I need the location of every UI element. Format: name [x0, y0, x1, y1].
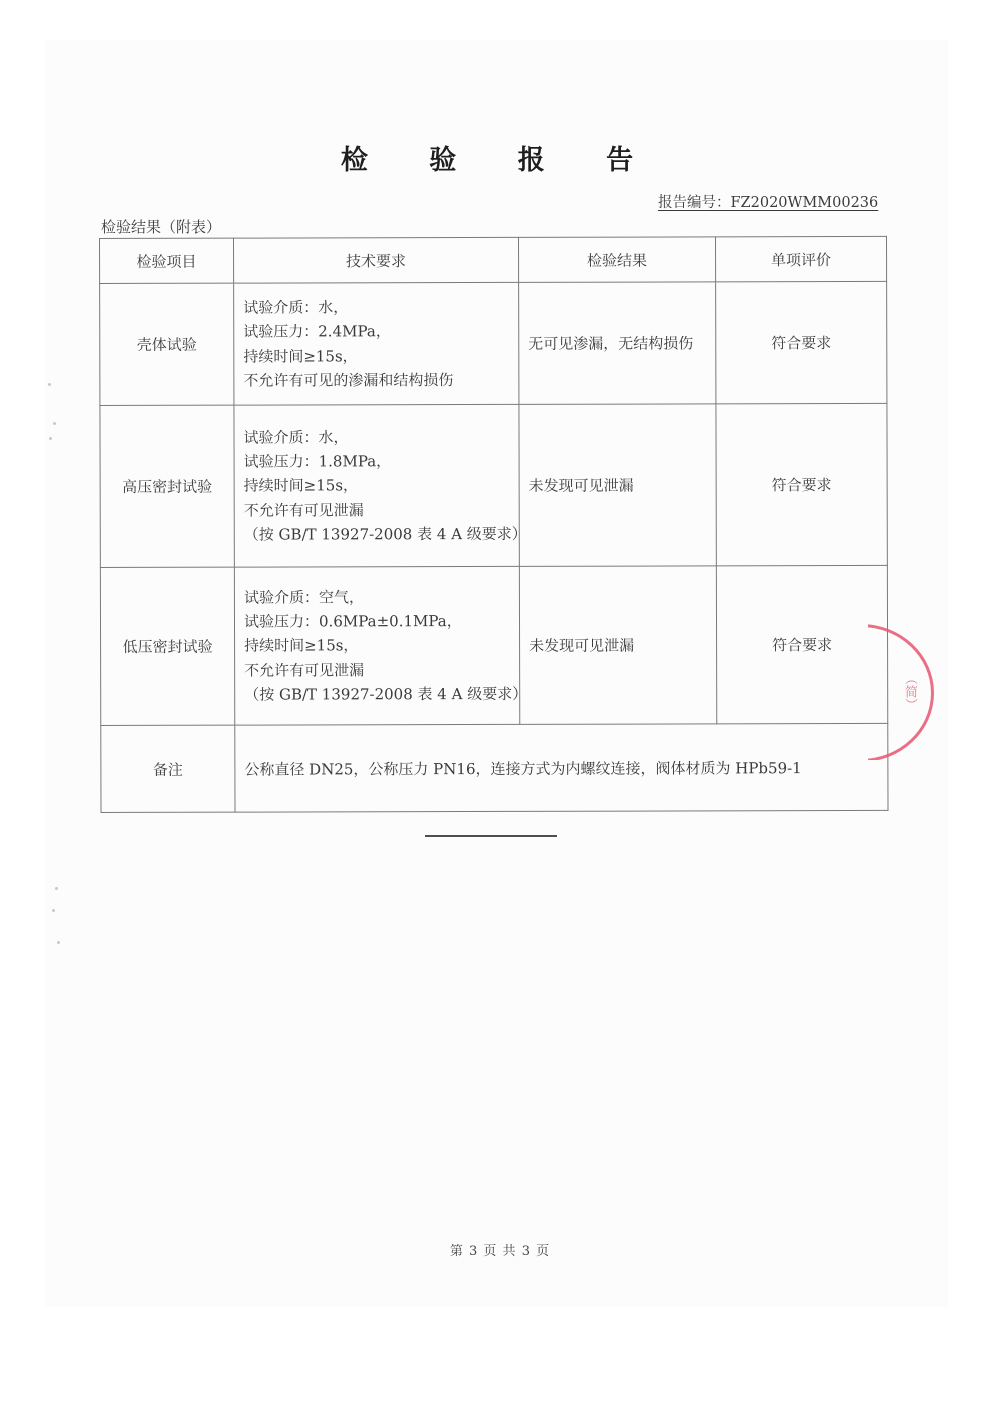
- header-item: 检验项目: [100, 238, 234, 283]
- header-evaluation: 单项评价: [715, 236, 886, 281]
- requirement-line: 试验介质：水，: [243, 425, 518, 450]
- remarks-text: 公称直径 DN25，公称压力 PN16，连接方式为内螺纹连接，阀体材质为 HPb…: [235, 723, 888, 812]
- scan-speck: [55, 887, 58, 890]
- requirement-line: 不允许有可见的渗漏和结构损伤: [243, 368, 518, 393]
- row-evaluation: 符合要求: [716, 403, 887, 565]
- section-label: 检验结果（附表）: [101, 216, 221, 237]
- requirement-line: （按 GB/T 13927-2008 表 4 A 级要求）: [244, 682, 519, 707]
- results-table: 检验项目 技术要求 检验结果 单项评价 壳体试验 试验介质：水， 试验压力：2.…: [99, 236, 888, 813]
- requirement-line: 试验压力：1.8MPa，: [244, 449, 519, 474]
- scan-speck: [53, 422, 56, 425]
- row-evaluation: 符合要求: [716, 565, 887, 723]
- requirement-line: 试验压力：2.4MPa，: [243, 319, 518, 344]
- document-title: 检 验 报 告: [0, 138, 1000, 177]
- requirement-line: 不允许有可见泄漏: [244, 498, 519, 523]
- requirement-line: 持续时间≥15s，: [243, 343, 518, 368]
- row-result: 无可见渗漏，无结构损伤: [519, 282, 716, 405]
- report-number: 报告编号：FZ2020WMM00236: [658, 191, 878, 212]
- remarks-label: 备注: [101, 725, 235, 812]
- row-requirements: 试验介质：水， 试验压力：2.4MPa， 持续时间≥15s， 不允许有可见的渗漏…: [234, 282, 519, 405]
- end-of-table-rule: [425, 835, 557, 837]
- table-row: 高压密封试验 试验介质：水， 试验压力：1.8MPa， 持续时间≥15s， 不允…: [100, 403, 887, 567]
- scan-speck: [57, 941, 60, 944]
- table-row: 壳体试验 试验介质：水， 试验压力：2.4MPa， 持续时间≥15s， 不允许有…: [100, 281, 887, 405]
- official-seal-stamp: （简）: [868, 620, 938, 760]
- page-footer: 第 3 页 共 3 页: [0, 1240, 1000, 1259]
- remarks-row: 备注 公称直径 DN25，公称压力 PN16，连接方式为内螺纹连接，阀体材质为 …: [101, 723, 888, 812]
- requirement-line: 持续时间≥15s，: [244, 473, 519, 498]
- row-requirements: 试验介质：水， 试验压力：1.8MPa， 持续时间≥15s， 不允许有可见泄漏 …: [234, 404, 519, 567]
- requirement-line: （按 GB/T 13927-2008 表 4 A 级要求）: [244, 522, 519, 547]
- header-result: 检验结果: [518, 237, 715, 283]
- row-item: 壳体试验: [100, 283, 234, 405]
- requirement-line: 试验压力：0.6MPa±0.1MPa，: [244, 609, 519, 634]
- scan-speck: [52, 909, 55, 912]
- scan-speck: [49, 437, 52, 440]
- table-row: 低压密封试验 试验介质：空气， 试验压力：0.6MPa±0.1MPa， 持续时间…: [100, 565, 887, 725]
- header-requirements: 技术要求: [234, 237, 519, 283]
- requirement-line: 试验介质：空气，: [244, 585, 519, 610]
- row-result: 未发现可见泄漏: [519, 566, 716, 725]
- row-evaluation: 符合要求: [716, 281, 887, 403]
- row-result: 未发现可见泄漏: [519, 404, 716, 567]
- scan-speck: [48, 383, 51, 386]
- seal-text: （简）: [900, 672, 919, 711]
- requirement-line: 不允许有可见泄漏: [244, 658, 519, 683]
- row-item: 高压密封试验: [100, 405, 234, 567]
- requirement-line: 试验介质：水，: [243, 295, 518, 320]
- requirement-line: 持续时间≥15s，: [244, 633, 519, 658]
- row-item: 低压密封试验: [100, 567, 234, 725]
- row-requirements: 试验介质：空气， 试验压力：0.6MPa±0.1MPa， 持续时间≥15s， 不…: [234, 566, 519, 725]
- table-header-row: 检验项目 技术要求 检验结果 单项评价: [100, 236, 887, 283]
